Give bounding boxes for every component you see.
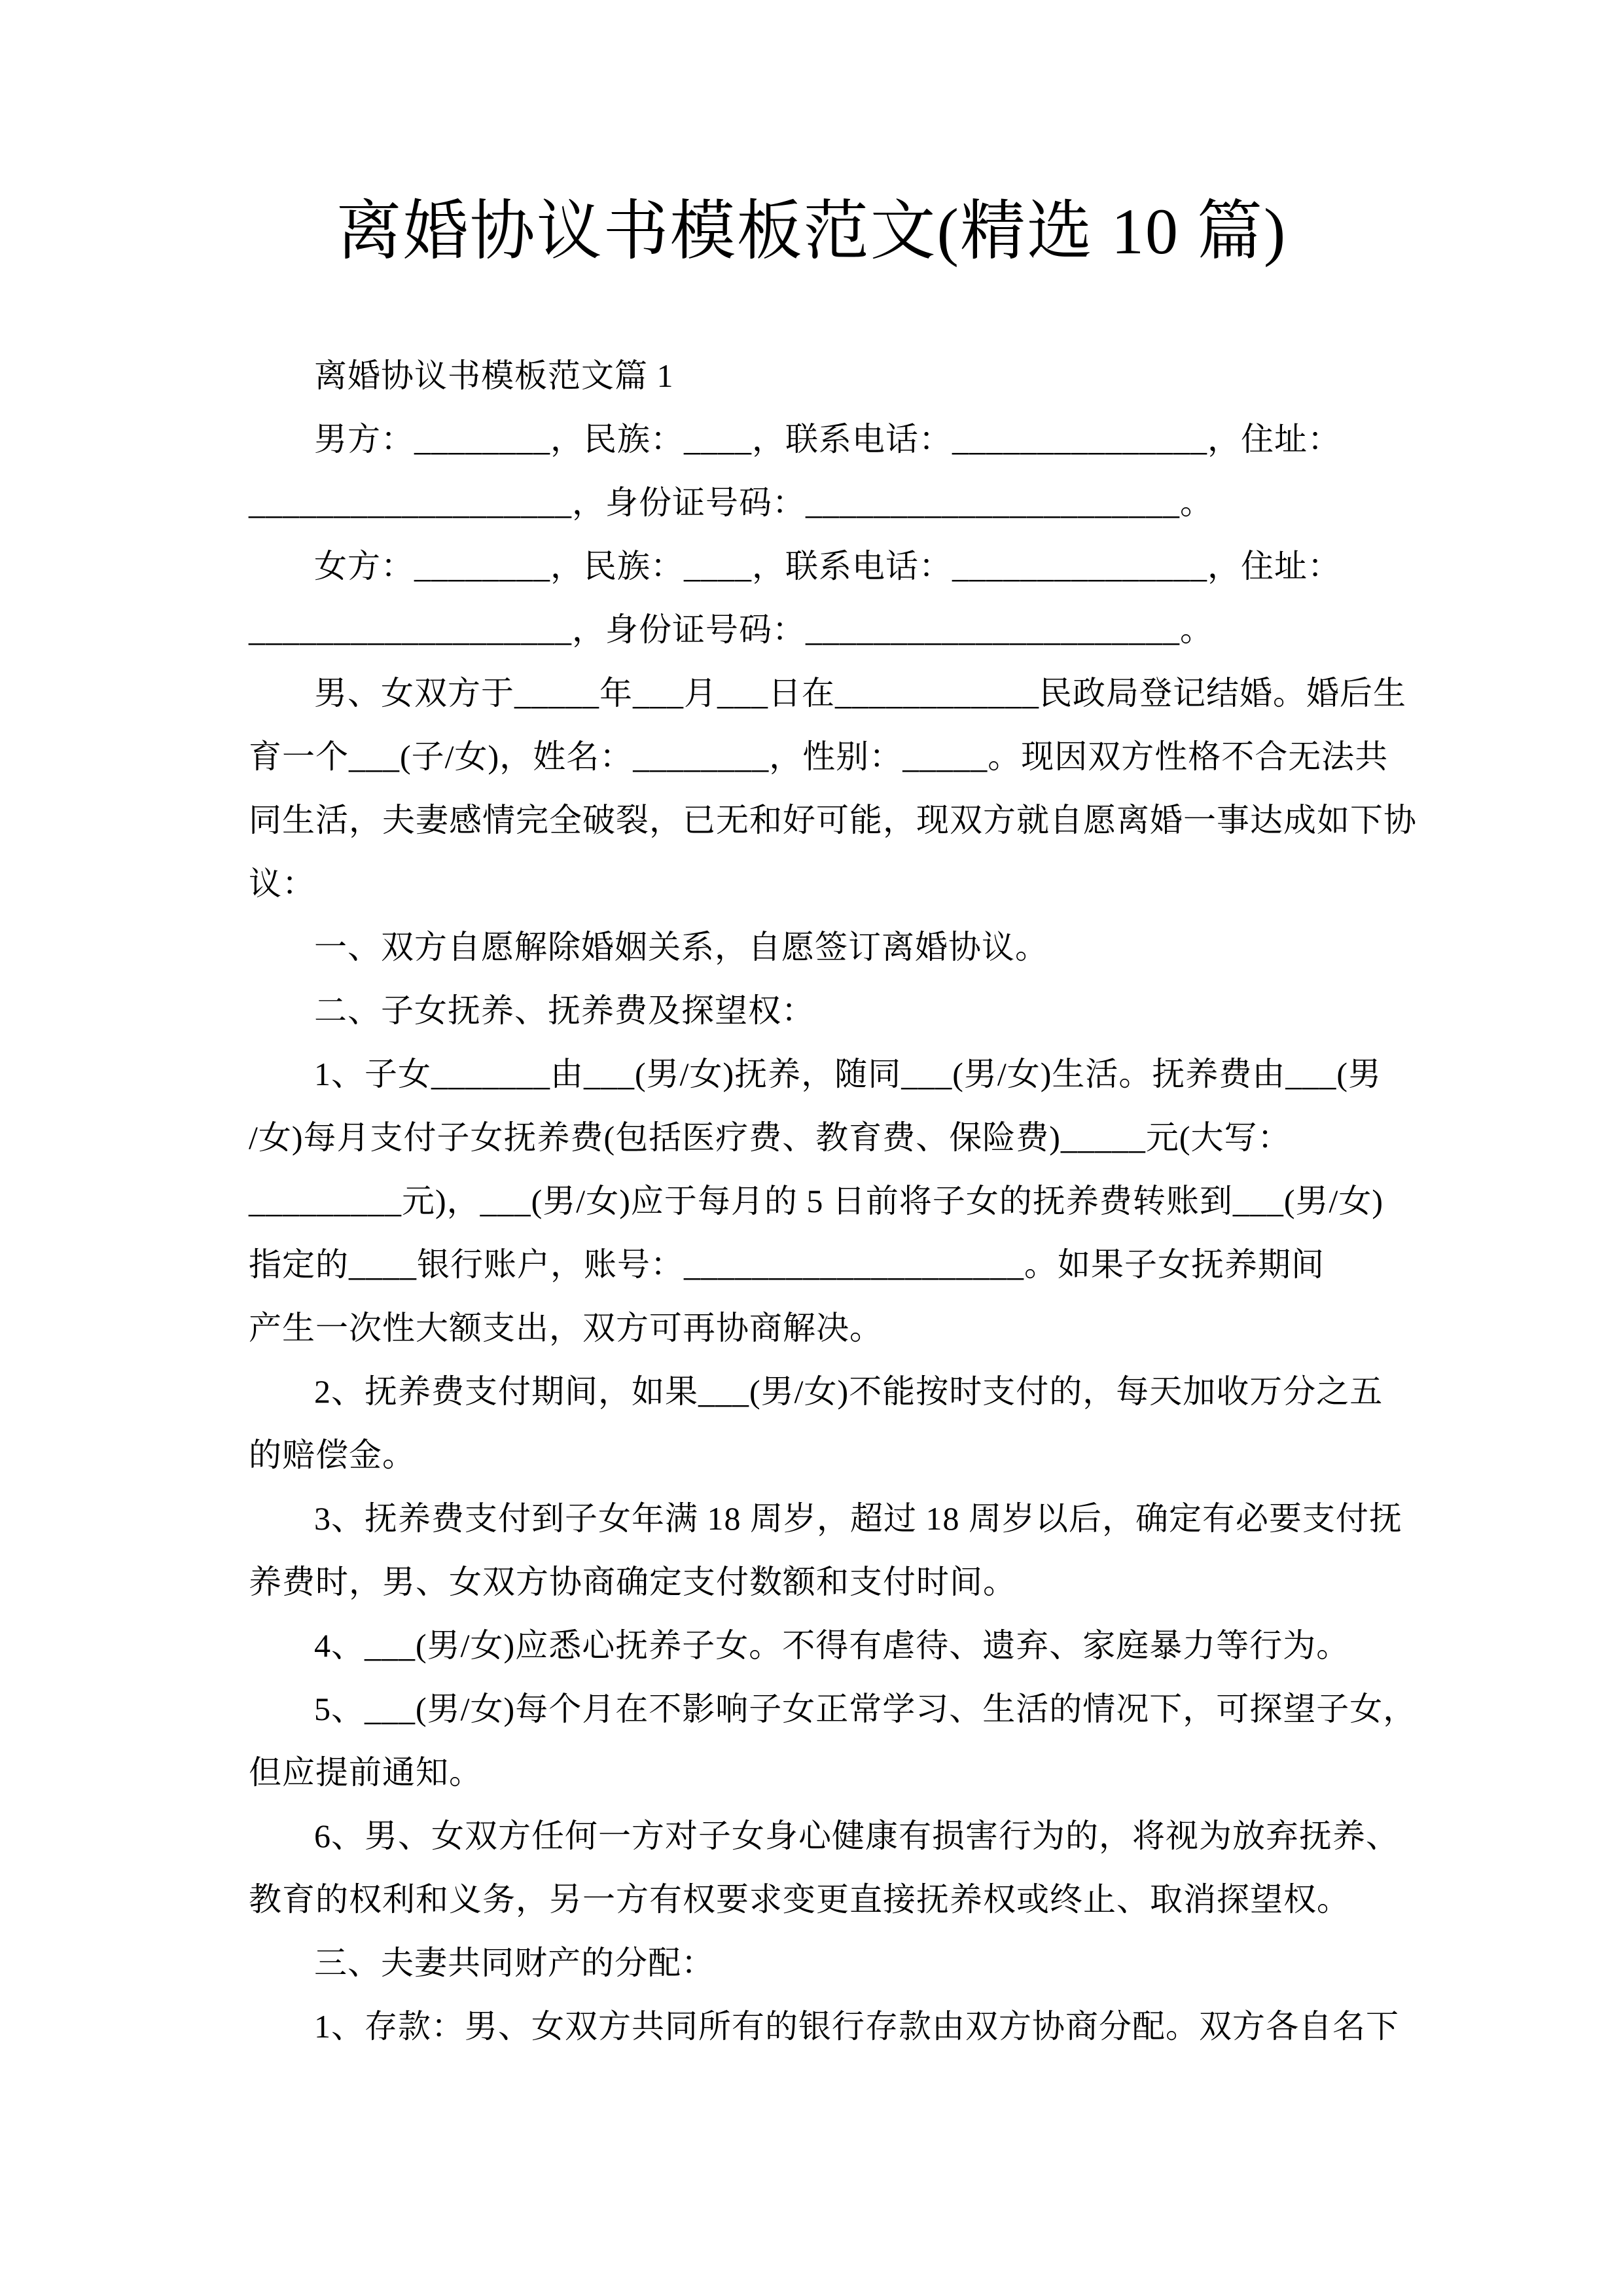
doc-line: 3、抚养费支付到子女年满 18 周岁，超过 18 周岁以后，确定有必要支付抚: [249, 1487, 1374, 1551]
doc-line: 产生一次性大额支出，双方可再协商解决。: [249, 1297, 1374, 1360]
doc-line: 6、男、女双方任何一方对子女身心健康有损害行为的，将视为放弃抚养、: [249, 1804, 1374, 1868]
doc-line: 的赔偿金。: [249, 1424, 1374, 1487]
doc-subtitle: 离婚协议书模板范文篇 1: [249, 344, 1374, 408]
doc-line: 5、___(男/女)每个月在不影响子女正常学习、生活的情况下，可探望子女，: [249, 1677, 1374, 1741]
doc-line: 同生活，夫妻感情完全破裂，已无和好可能，现双方就自愿离婚一事达成如下协: [249, 789, 1374, 852]
doc-line: 育一个___(子/女)，姓名：________，性别：_____。现因双方性格不…: [249, 725, 1374, 789]
doc-line: 2、抚养费支付期间，如果___(男/女)不能按时支付的，每天加收万分之五: [249, 1360, 1374, 1424]
doc-line: 4、___(男/女)应悉心抚养子女。不得有虐待、遗弃、家庭暴力等行为。: [249, 1614, 1374, 1677]
doc-line-clause-1: 一、双方自愿解除婚姻关系，自愿签订离婚协议。: [249, 916, 1374, 979]
doc-line-wife-info: 女方：________，民族：____，联系电话：_______________…: [249, 535, 1374, 598]
doc-line: 养费时，男、女双方协商确定支付数额和支付时间。: [249, 1551, 1374, 1614]
doc-line: 男、女双方于_____年___月___日在____________民政局登记结婚…: [249, 662, 1374, 725]
doc-line: _________元)，___(男/女)应于每月的 5 日前将子女的抚养费转账到…: [249, 1170, 1374, 1233]
doc-line: 教育的权利和义务，另一方有权要求变更直接抚养权或终止、取消探望权。: [249, 1868, 1374, 1931]
document-title: 离婚协议书模板范文(精选 10 篇): [0, 0, 1623, 275]
doc-line: 1、存款：男、女双方共同所有的银行存款由双方协商分配。双方各自名下: [249, 1995, 1374, 2058]
doc-line: 1、子女_______由___(男/女)抚养，随同___(男/女)生活。抚养费由…: [249, 1043, 1374, 1106]
doc-line-clause-2: 二、子女抚养、抚养费及探望权：: [249, 979, 1374, 1043]
document-body: 离婚协议书模板范文篇 1 男方：________，民族：____，联系电话：__…: [0, 344, 1623, 2058]
doc-line-clause-3: 三、夫妻共同财产的分配：: [249, 1931, 1374, 1995]
doc-line: 但应提前通知。: [249, 1741, 1374, 1804]
doc-line-husband-id: ___________________，身份证号码：______________…: [249, 471, 1374, 535]
page: 离婚协议书模板范文(精选 10 篇) 离婚协议书模板范文篇 1 男方：_____…: [0, 0, 1623, 2296]
doc-line: 指定的____银行账户，账号：____________________。如果子女…: [249, 1233, 1374, 1297]
doc-line-wife-id: ___________________，身份证号码：______________…: [249, 598, 1374, 662]
doc-line: /女)每月支付子女抚养费(包括医疗费、教育费、保险费)_____元(大写：: [249, 1106, 1374, 1170]
doc-line: 议：: [249, 852, 1374, 916]
doc-line-husband-info: 男方：________，民族：____，联系电话：_______________…: [249, 408, 1374, 471]
